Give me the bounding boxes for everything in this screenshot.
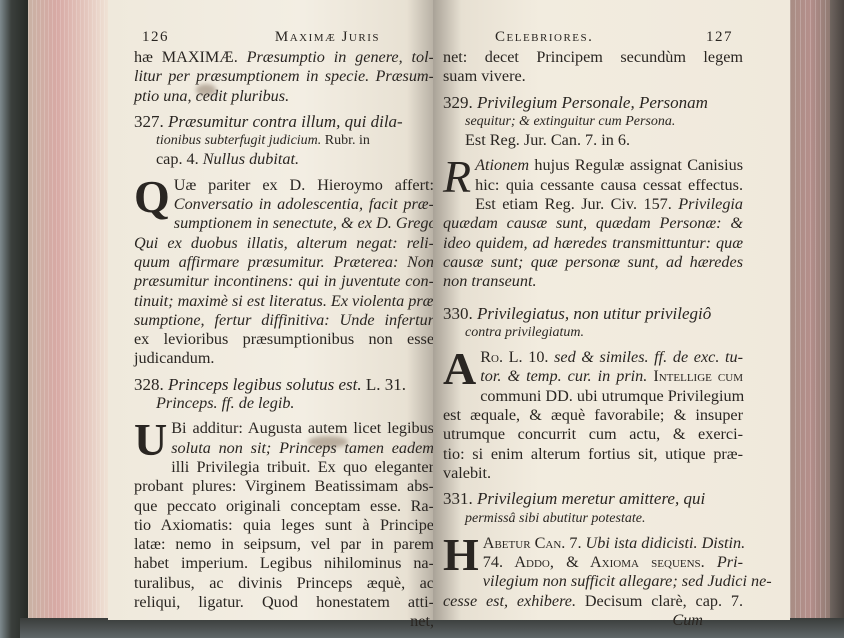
entry-body: U Bi additur: Augusta autem licet legibu… <box>134 419 434 631</box>
book-cover-right <box>830 0 844 638</box>
entry-body: Q Uæ pariter ex D. Hieroymo affert: Conv… <box>134 176 434 369</box>
entry-heading-cont: Princeps. ff. de legib. <box>134 394 434 413</box>
left-page: 126 Maximæ Juris hæ MAXIMÆ. Præsumptio i… <box>108 0 433 620</box>
drop-cap: U <box>134 421 167 459</box>
running-head: Celebriores. 127 <box>443 28 743 48</box>
drop-cap: R <box>443 158 471 196</box>
entry-329: 329. Privilegium Personale, Personam seq… <box>443 93 743 292</box>
text-line: net: decet Principem secundùm legem <box>443 48 743 67</box>
entry-328: 328. Princeps legibus solutus est. L. 31… <box>134 375 434 632</box>
entry-heading-cont: cap. 4. Nullus dubitat. <box>134 150 434 169</box>
entry-heading: 330. Privilegiatus, non utitur privilegi… <box>443 304 743 323</box>
entry-number: 328. <box>134 375 164 394</box>
entry-327: 327. Præsumitur contra illum, qui dila- … <box>134 112 434 369</box>
running-head: 126 Maximæ Juris <box>134 28 434 48</box>
right-page: Celebriores. 127 net: decet Principem se… <box>433 0 790 620</box>
text-line: suam vivere. <box>443 67 743 86</box>
entry-body: R Ationem hujus Regulæ assignat Canisius… <box>443 156 743 291</box>
entry-heading: 329. Privilegium Personale, Personam <box>443 93 743 112</box>
drop-cap: A <box>443 350 476 388</box>
right-page-text: Celebriores. 127 net: decet Principem se… <box>443 28 743 630</box>
entry-heading: 327. Præsumitur contra illum, qui dila- <box>134 112 434 131</box>
entry-heading: 331. Privilegium meretur amittere, qui <box>443 489 743 508</box>
drop-cap: Q <box>134 178 170 216</box>
text-line: hæ MAXIMÆ. Præsumptio in genere, tol- <box>134 48 434 67</box>
entry-number: 330. <box>443 304 473 323</box>
entry-body: H Abetur Can. 7. Ubi ista didicisti. Dis… <box>443 534 743 630</box>
text-line: litur per præsumptionem in specie. Præsu… <box>134 67 434 86</box>
page-edges-left <box>28 0 108 618</box>
entry-number: 327. <box>134 112 164 131</box>
entry-number: 331. <box>443 489 473 508</box>
entry-330: 330. Privilegiatus, non utitur privilegi… <box>443 304 743 484</box>
catchword: Cum <box>443 611 743 630</box>
entry-heading-cont: tionibus subterfugit judicium. Rubr. in <box>134 131 434 150</box>
text-line: ptio una, cedit pluribus. <box>134 87 434 106</box>
catchword: net, <box>134 612 434 631</box>
page-number: 127 <box>706 28 733 48</box>
entry-331: 331. Privilegium meretur amittere, qui p… <box>443 489 743 630</box>
drop-cap: H <box>443 536 479 574</box>
entry-body: A Ro. L. 10. sed & similes. ff. de exc. … <box>443 348 743 483</box>
left-page-text: 126 Maximæ Juris hæ MAXIMÆ. Præsumptio i… <box>134 28 434 632</box>
book-cover-left <box>0 0 28 638</box>
entry-number: 329. <box>443 93 473 112</box>
page-number: 126 <box>142 28 169 48</box>
entry-heading: 328. Princeps legibus solutus est. L. 31… <box>134 375 434 394</box>
running-title: Celebriores. <box>495 28 593 48</box>
running-title: Maximæ Juris <box>275 28 380 48</box>
page-edges-right <box>790 0 830 620</box>
